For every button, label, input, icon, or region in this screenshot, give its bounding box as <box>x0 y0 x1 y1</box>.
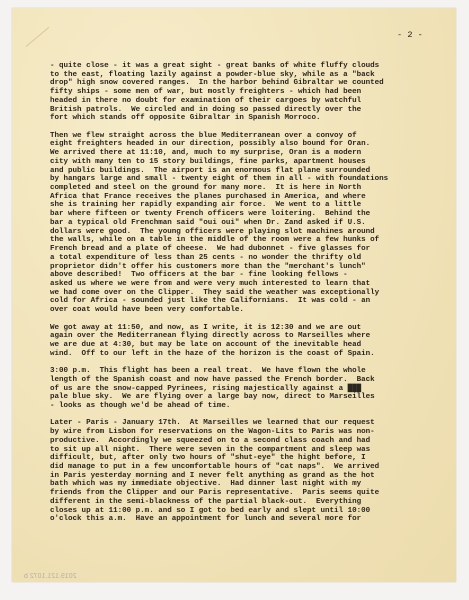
text-line: of us are the snow-capped Pyrinees, risi… <box>50 385 450 394</box>
text-line: completed and steel on the ground for ma… <box>50 184 450 193</box>
text-line: to the east, floating lazily against a p… <box>50 71 450 80</box>
text-line: bath which was my immediate objective. H… <box>50 480 450 489</box>
text-line: Then we flew straight across the blue Me… <box>50 132 450 141</box>
text-line: difficult, but, after only two hours of … <box>50 454 450 463</box>
paper-crease <box>26 27 50 47</box>
text-line: length of the Spanish coast and now have… <box>50 376 450 385</box>
text-line: proprietor didn't offer his customers mo… <box>50 263 450 272</box>
paragraph-oran: Then we flew straight across the blue Me… <box>50 132 450 315</box>
text-line: fifty ships - some men of war, but mostl… <box>50 88 450 97</box>
text-line: asked us where we were from and were ver… <box>50 280 450 289</box>
text-line: to sit up all night. There were seven in… <box>50 446 450 455</box>
text-line: - quite close - it was a great sight - g… <box>50 62 450 71</box>
text-line: over coat would have been very comfortab… <box>50 306 450 315</box>
text-line: drop" high snow covered ranges. In the h… <box>50 79 450 88</box>
paragraph-departure: We got away at 11:50, and now, as I writ… <box>50 324 450 359</box>
text-line: - looks as though we'd be ahead of time. <box>50 402 450 411</box>
text-line: cold for Africa - sounded just like the … <box>50 297 450 306</box>
text-line: the walls, while on a table in the middl… <box>50 236 450 245</box>
text-line: closes up at 11:00 p.m. and so I got to … <box>50 507 450 516</box>
text-line: a total expenditure of less than 25 cent… <box>50 254 450 263</box>
text-line: above described! Two officers at the bar… <box>50 271 450 280</box>
typewritten-page: - 2 - - quite close - it was a great sig… <box>12 8 456 582</box>
text-line: Later - Paris - January 17th. At Marseil… <box>50 419 450 428</box>
text-line: wind. Off to our left in the haze of the… <box>50 350 450 359</box>
text-line: we are due at 4:30, but may be late on a… <box>50 341 450 350</box>
text-line: eight freighters headed in our direction… <box>50 140 450 149</box>
text-line: bar a typical old Frenchman said "oui ou… <box>50 219 450 228</box>
paragraph-3pm: 3:00 p.m. This flight has been a real tr… <box>50 367 450 411</box>
text-line: and public buildings. The airport is an … <box>50 167 450 176</box>
text-line: in Paris yesterday morning and I never f… <box>50 472 450 481</box>
catalog-number-stamp: 2019.121.1072 b <box>24 573 77 580</box>
text-line: she is training her rapidly expanding ai… <box>50 201 450 210</box>
text-line: city with many ten to 15 story buildings… <box>50 158 450 167</box>
text-line: by hangars large and small - twenty eigh… <box>50 175 450 184</box>
text-line: French bread and a plate of cheese. We h… <box>50 245 450 254</box>
text-line: We got away at 11:50, and now, as I writ… <box>50 324 450 333</box>
paragraph-gibraltar: - quite close - it was a great sight - g… <box>50 62 450 123</box>
text-line: friends from the Clipper and our Paris r… <box>50 489 450 498</box>
text-line: productive. Accordingly we squeezed on t… <box>50 437 450 446</box>
text-line: pale blue sky. We are flying over a larg… <box>50 393 450 402</box>
text-line: headed in there no doubt for examination… <box>50 97 450 106</box>
text-line: dollars were good. The young officers we… <box>50 228 450 237</box>
page-number: - 2 - <box>397 30 423 40</box>
text-line: Africa that France receives the planes p… <box>50 193 450 202</box>
text-line: fort which stands off opposite Gibraltar… <box>50 114 450 123</box>
text-line: different in the semi-blackness of the p… <box>50 498 450 507</box>
letter-body: - quite close - it was a great sight - g… <box>50 62 450 533</box>
text-line: we had come over on the Clipper. They sa… <box>50 289 450 298</box>
text-line: British patrols. We circled and in doing… <box>50 106 450 115</box>
text-line: bar where fifteen or twenty French offic… <box>50 210 450 219</box>
paragraph-paris: Later - Paris - January 17th. At Marseil… <box>50 419 450 524</box>
text-line: again over the Mediterranean flying dire… <box>50 332 450 341</box>
text-line: We arrived there at 11:10, and, much to … <box>50 149 450 158</box>
text-line: did manage to put in a few uncomfortable… <box>50 463 450 472</box>
text-line: 3:00 p.m. This flight has been a real tr… <box>50 367 450 376</box>
text-line: o'clock this a.m. Have an appointment fo… <box>50 515 450 524</box>
text-line: by wire from Lisbon for reservations on … <box>50 428 450 437</box>
